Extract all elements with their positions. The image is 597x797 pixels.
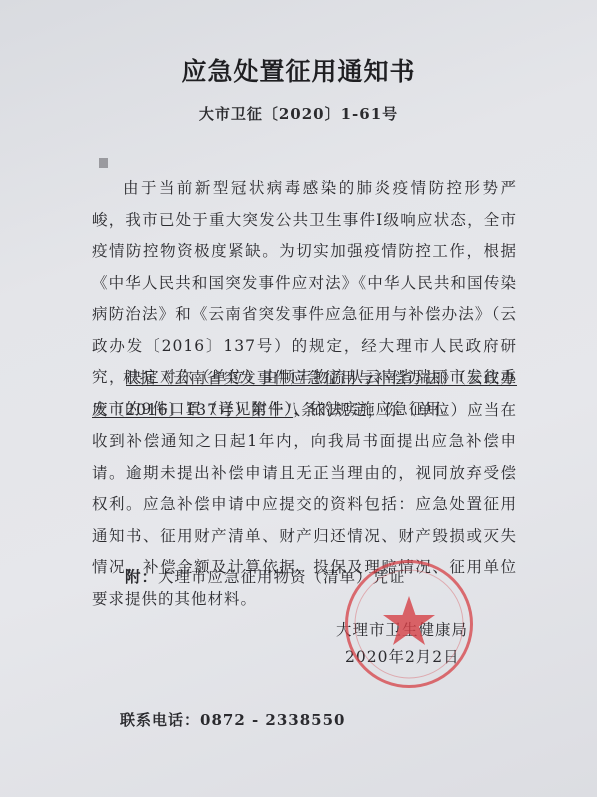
- contact-phone: 联系电话：0872 - 2338550: [120, 709, 346, 730]
- document-title: 应急处置征用通知书: [0, 52, 597, 88]
- contact-number: 0872 - 2338550: [200, 711, 345, 729]
- signature-date: 2020年2月2日: [345, 645, 460, 667]
- contact-label: 联系电话：: [120, 711, 200, 729]
- redaction-mark: [99, 158, 108, 168]
- signature-organization: 大理市卫生健康局: [336, 618, 468, 640]
- notice-document: 应急处置征用通知书 大市卫征〔2020〕1-61号 由于当前新型冠状病毒感染的肺…: [0, 0, 597, 797]
- attachment-text: 大理市应急征用物资（清单）凭证: [158, 568, 406, 586]
- document-number: 大市卫征〔2020〕1-61号: [0, 103, 597, 124]
- paragraph-1-text-a: 由于当前新型冠状病毒感染的肺炎疫情防控形势严峻，我市已处于重大突发公共卫生事件Ⅰ…: [92, 179, 517, 386]
- attachment-line: 附：大理市应急征用物资（清单）凭证: [125, 565, 406, 587]
- attachment-label: 附：: [125, 567, 158, 586]
